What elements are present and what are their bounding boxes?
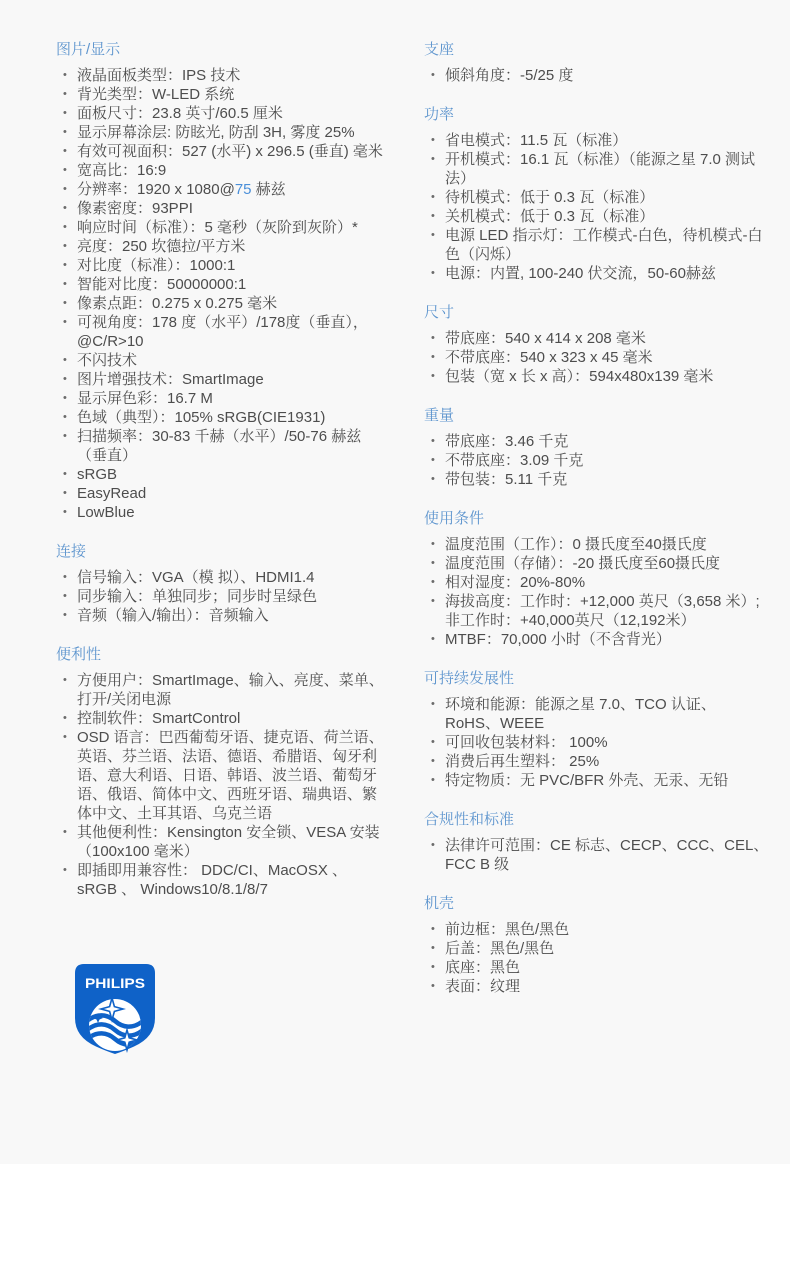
section-title: 连接 bbox=[56, 542, 387, 561]
spec-item: 控制软件：SmartControl bbox=[56, 709, 387, 728]
spec-item: 法律许可范围：CE 标志、CECP、CCC、CEL、FCC B 级 bbox=[424, 836, 770, 874]
spec-text: 赫兹 bbox=[252, 181, 286, 198]
spec-item: 倾斜角度：-5/25 度 bbox=[424, 66, 770, 85]
spec-item: OSD 语言：巴西葡萄牙语、捷克语、荷兰语、英语、芬兰语、法语、德语、希腊语、匈… bbox=[56, 728, 387, 823]
spec-item: 响应时间（标准）：5 毫秒（灰阶到灰阶）* bbox=[56, 218, 387, 237]
spec-item: 像素点距：0.275 x 0.275 毫米 bbox=[56, 294, 387, 313]
spec-list: 倾斜角度：-5/25 度 bbox=[424, 66, 770, 85]
spec-page: 图片/显示 液晶面板类型：IPS 技术背光类型：W-LED 系统面板尺寸：23.… bbox=[0, 0, 790, 1164]
spec-list: 前边框：黑色/黑色后盖：黑色/黑色底座：黑色表面：纹理 bbox=[424, 920, 770, 996]
spec-item: 色域（典型）：105% sRGB(CIE1931) bbox=[56, 408, 387, 427]
section-title: 使用条件 bbox=[424, 509, 770, 528]
left-column: 图片/显示 液晶面板类型：IPS 技术背光类型：W-LED 系统面板尺寸：23.… bbox=[56, 40, 387, 1059]
spec-item: 信号输入：VGA（模 拟）、HDMI1.4 bbox=[56, 568, 387, 587]
spec-section: 重量 带底座：3.46 千克不带底座：3.09 千克带包装：5.11 千克 bbox=[424, 406, 770, 489]
spec-item: 智能对比度：50000000:1 bbox=[56, 275, 387, 294]
spec-item: sRGB bbox=[56, 465, 387, 484]
section-title: 功率 bbox=[424, 105, 770, 124]
spec-item: 宽高比：16:9 bbox=[56, 161, 387, 180]
spec-item: 背光类型：W-LED 系统 bbox=[56, 85, 387, 104]
spec-section: 连接 信号输入：VGA（模 拟）、HDMI1.4同步输入：单独同步；同步时呈绿色… bbox=[56, 542, 387, 625]
spec-item: 液晶面板类型：IPS 技术 bbox=[56, 66, 387, 85]
section-title: 图片/显示 bbox=[56, 40, 387, 59]
spec-item: 有效可视面积：527 (水平) x 296.5 (垂直) 毫米 bbox=[56, 142, 387, 161]
spec-section: 合规性和标准 法律许可范围：CE 标志、CECP、CCC、CEL、FCC B 级 bbox=[424, 810, 770, 874]
spec-columns: 图片/显示 液晶面板类型：IPS 技术背光类型：W-LED 系统面板尺寸：23.… bbox=[56, 40, 770, 1059]
spec-list: 温度范围（工作）：0 摄氏度至40摄氏度温度范围（存储）：-20 摄氏度至60摄… bbox=[424, 535, 770, 649]
spec-item: 即插即用兼容性： DDC/CI、MacOSX 、sRGB 、 Windows10… bbox=[56, 861, 387, 899]
spec-item: 带底座：3.46 千克 bbox=[424, 432, 770, 451]
spec-item: MTBF：70,000 小时（不含背光） bbox=[424, 630, 770, 649]
logo-wordmark: PHILIPS bbox=[85, 975, 145, 991]
spec-item: 像素密度：93PPI bbox=[56, 199, 387, 218]
spec-item: 温度范围（工作）：0 摄氏度至40摄氏度 bbox=[424, 535, 770, 554]
philips-logo: PHILIPS bbox=[74, 963, 156, 1059]
spec-item: 其他便利性：Kensington 安全锁、VESA 安装（100x100 毫米） bbox=[56, 823, 387, 861]
spec-item: 底座：黑色 bbox=[424, 958, 770, 977]
spec-item: 温度范围（存储）：-20 摄氏度至60摄氏度 bbox=[424, 554, 770, 573]
spec-item: EasyRead bbox=[56, 484, 387, 503]
spec-section: 使用条件 温度范围（工作）：0 摄氏度至40摄氏度温度范围（存储）：-20 摄氏… bbox=[424, 509, 770, 649]
spec-item: 消费后再生塑料： 25% bbox=[424, 752, 770, 771]
section-title: 便利性 bbox=[56, 645, 387, 664]
spec-item: 分辨率：1920 x 1080@75 赫兹 bbox=[56, 180, 387, 199]
spec-item: 图片增强技术：SmartImage bbox=[56, 370, 387, 389]
spec-item: 相对湿度：20%-80% bbox=[424, 573, 770, 592]
spec-list: 环境和能源：能源之星 7.0、TCO 认证、RoHS、WEEE可回收包装材料： … bbox=[424, 695, 770, 790]
spec-item: 海拔高度：工作时：+12,000 英尺（3,658 米）; 非工作时：+40,0… bbox=[424, 592, 770, 630]
spec-item: 亮度：250 坎德拉/平方米 bbox=[56, 237, 387, 256]
spec-list: 方便用户：SmartImage、输入、亮度、菜单、打开/关闭电源控制软件：Sma… bbox=[56, 671, 387, 899]
spec-item: 可回收包装材料： 100% bbox=[424, 733, 770, 752]
spec-section: 机壳 前边框：黑色/黑色后盖：黑色/黑色底座：黑色表面：纹理 bbox=[424, 894, 770, 996]
spec-list: 带底座：540 x 414 x 208 毫米不带底座：540 x 323 x 4… bbox=[424, 329, 770, 386]
spec-list: 液晶面板类型：IPS 技术背光类型：W-LED 系统面板尺寸：23.8 英寸/6… bbox=[56, 66, 387, 522]
spec-item: LowBlue bbox=[56, 503, 387, 522]
spec-item: 开机模式：16.1 瓦（标准）（能源之星 7.0 测试法） bbox=[424, 150, 770, 188]
spec-item: 待机模式：低于 0.3 瓦（标准） bbox=[424, 188, 770, 207]
section-title: 支座 bbox=[424, 40, 770, 59]
spec-section: 图片/显示 液晶面板类型：IPS 技术背光类型：W-LED 系统面板尺寸：23.… bbox=[56, 40, 387, 522]
spec-item: 不带底座：540 x 323 x 45 毫米 bbox=[424, 348, 770, 367]
spec-item: 带底座：540 x 414 x 208 毫米 bbox=[424, 329, 770, 348]
spec-item: 带包装：5.11 千克 bbox=[424, 470, 770, 489]
spec-item: 电源：内置, 100-240 伏交流，50-60赫兹 bbox=[424, 264, 770, 283]
spec-item: 不闪技术 bbox=[56, 351, 387, 370]
highlighted-value: 75 bbox=[235, 181, 252, 198]
spec-item: 音频（输入/输出）：音频输入 bbox=[56, 606, 387, 625]
section-title: 合规性和标准 bbox=[424, 810, 770, 829]
spec-item: 包装（宽 x 长 x 高）：594x480x139 毫米 bbox=[424, 367, 770, 386]
spec-item: 省电模式：11.5 瓦（标准） bbox=[424, 131, 770, 150]
spec-item: 表面：纹理 bbox=[424, 977, 770, 996]
section-title: 可持续发展性 bbox=[424, 669, 770, 688]
spec-text: 分辨率：1920 x 1080@ bbox=[77, 181, 235, 198]
section-title: 尺寸 bbox=[424, 303, 770, 322]
spec-section: 便利性 方便用户：SmartImage、输入、亮度、菜单、打开/关闭电源控制软件… bbox=[56, 645, 387, 899]
spec-list: 法律许可范围：CE 标志、CECP、CCC、CEL、FCC B 级 bbox=[424, 836, 770, 874]
spec-item: 前边框：黑色/黑色 bbox=[424, 920, 770, 939]
spec-item: 电源 LED 指示灯：工作模式-白色，待机模式-白色（闪烁） bbox=[424, 226, 770, 264]
spec-item: 扫描频率：30-83 千赫（水平）/50-76 赫兹（垂直） bbox=[56, 427, 387, 465]
spec-section: 功率 省电模式：11.5 瓦（标准）开机模式：16.1 瓦（标准）（能源之星 7… bbox=[424, 105, 770, 283]
spec-item: 特定物质：无 PVC/BFR 外壳、无汞、无铅 bbox=[424, 771, 770, 790]
spec-section: 尺寸 带底座：540 x 414 x 208 毫米不带底座：540 x 323 … bbox=[424, 303, 770, 386]
spec-item: 不带底座：3.09 千克 bbox=[424, 451, 770, 470]
spec-item: 方便用户：SmartImage、输入、亮度、菜单、打开/关闭电源 bbox=[56, 671, 387, 709]
section-title: 机壳 bbox=[424, 894, 770, 913]
spec-item: 显示屏色彩：16.7 M bbox=[56, 389, 387, 408]
right-column: 支座 倾斜角度：-5/25 度 功率 省电模式：11.5 瓦（标准）开机模式：1… bbox=[424, 40, 770, 996]
spec-item: 面板尺寸：23.8 英寸/60.5 厘米 bbox=[56, 104, 387, 123]
spec-section: 支座 倾斜角度：-5/25 度 bbox=[424, 40, 770, 85]
spec-item: 对比度（标准）：1000:1 bbox=[56, 256, 387, 275]
spec-list: 带底座：3.46 千克不带底座：3.09 千克带包装：5.11 千克 bbox=[424, 432, 770, 489]
spec-item: 关机模式：低于 0.3 瓦（标准） bbox=[424, 207, 770, 226]
spec-item: 显示屏幕涂层: 防眩光, 防刮 3H, 雾度 25% bbox=[56, 123, 387, 142]
spec-section: 可持续发展性 环境和能源：能源之星 7.0、TCO 认证、RoHS、WEEE可回… bbox=[424, 669, 770, 790]
section-title: 重量 bbox=[424, 406, 770, 425]
spec-item: 后盖：黑色/黑色 bbox=[424, 939, 770, 958]
spec-list: 省电模式：11.5 瓦（标准）开机模式：16.1 瓦（标准）（能源之星 7.0 … bbox=[424, 131, 770, 283]
spec-item: 可视角度：178 度（水平）/178度（垂直），@C/R>10 bbox=[56, 313, 387, 351]
spec-list: 信号输入：VGA（模 拟）、HDMI1.4同步输入：单独同步；同步时呈绿色音频（… bbox=[56, 568, 387, 625]
spec-item: 环境和能源：能源之星 7.0、TCO 认证、RoHS、WEEE bbox=[424, 695, 770, 733]
spec-item: 同步输入：单独同步；同步时呈绿色 bbox=[56, 587, 387, 606]
